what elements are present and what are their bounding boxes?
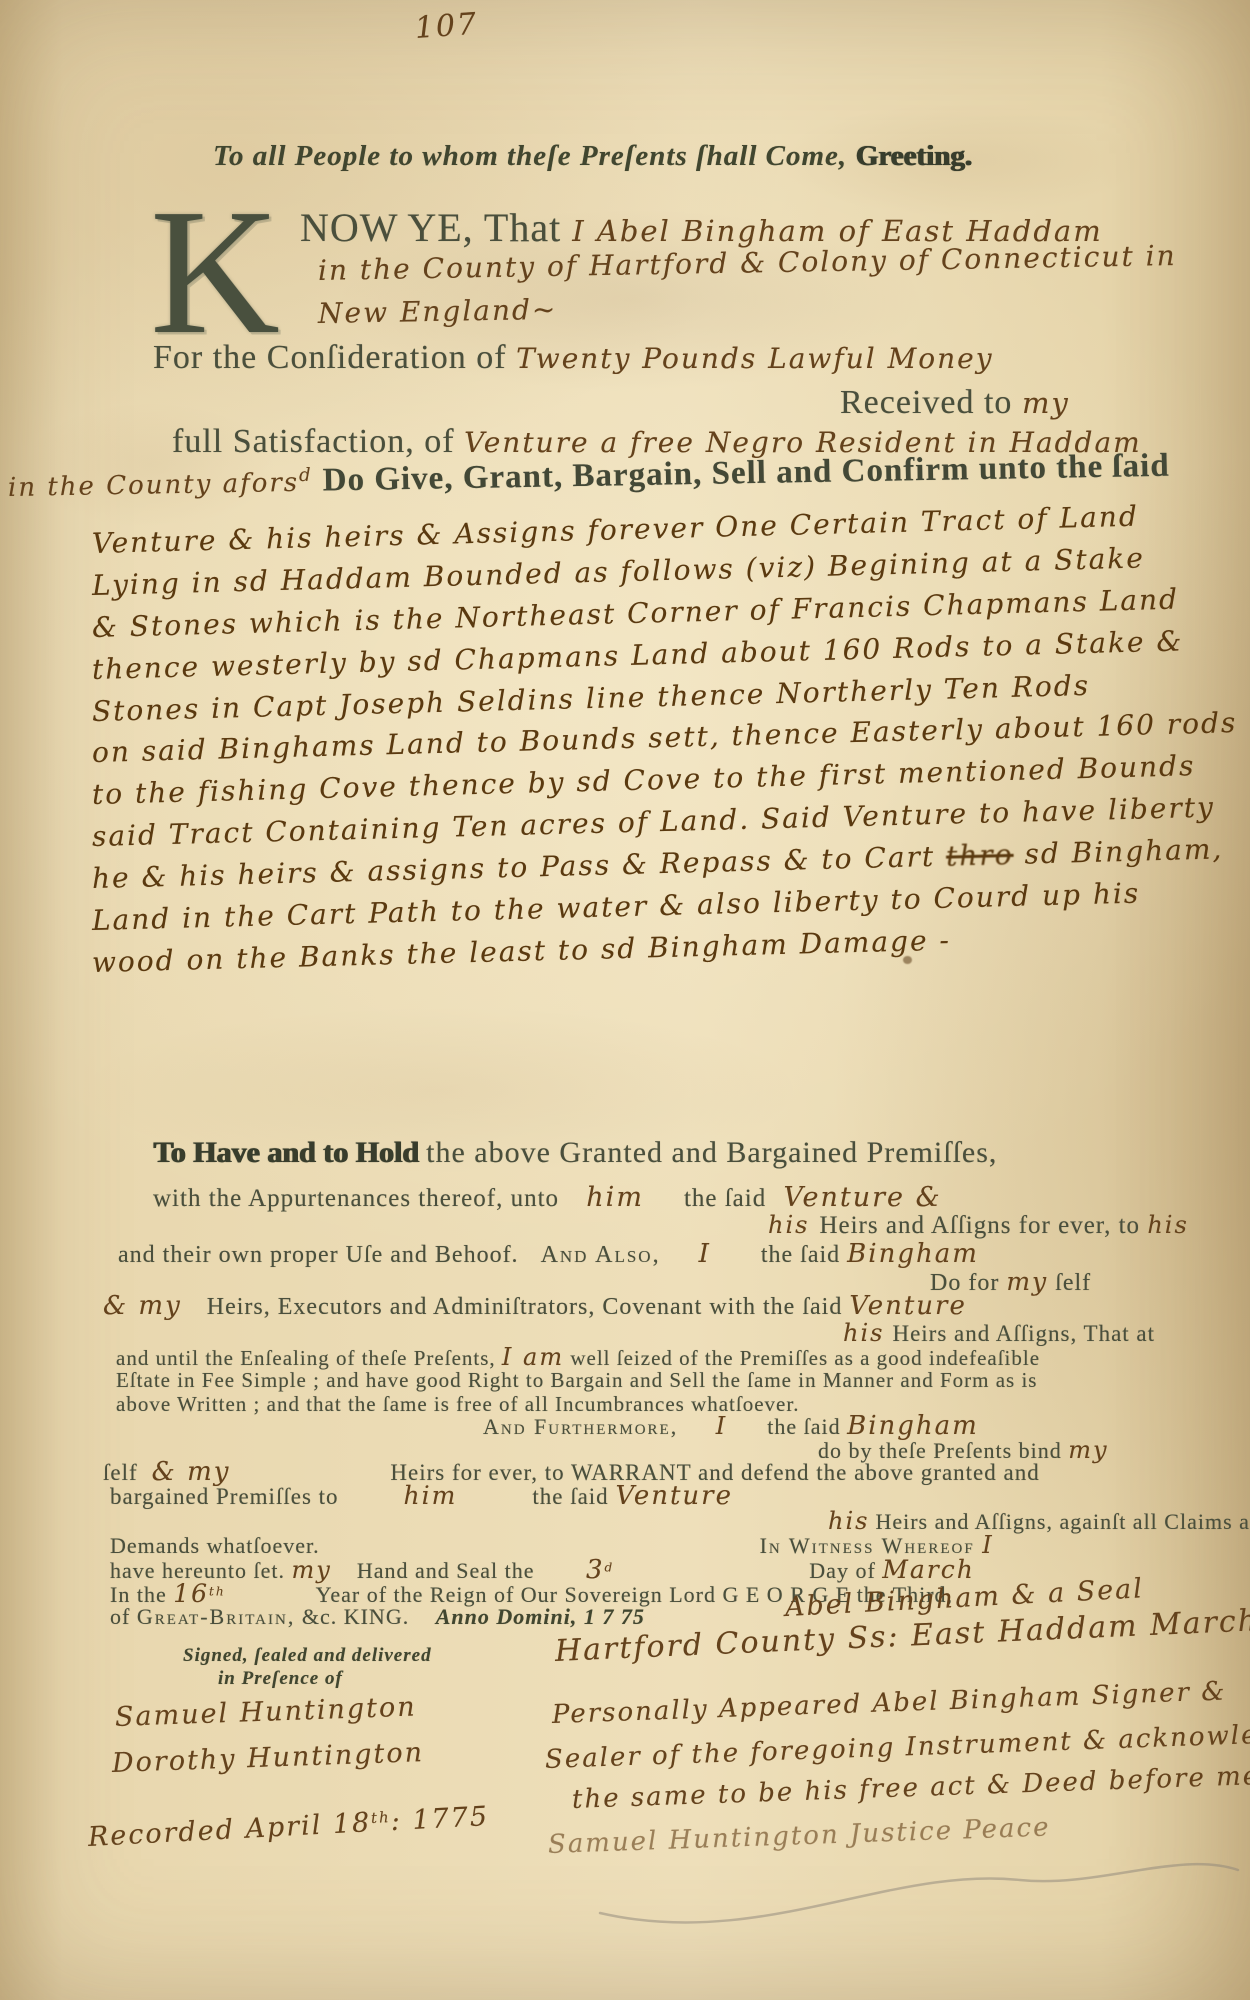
handwritten-text: in the County afors <box>8 468 300 503</box>
document-line: hisHeirs and Aſſigns for ever, to his <box>768 1212 1189 1241</box>
printed-text: Heirs and Aſſigns, That at <box>892 1321 1155 1346</box>
document-line: To Have and to Hold the above Granted an… <box>153 1136 997 1171</box>
handwritten-text: I <box>699 1239 711 1269</box>
printed-text: the ſaid <box>532 1484 615 1509</box>
printed-text: and until the Enſealing of theſe Preſent… <box>116 1346 502 1370</box>
document-line: Received to my <box>840 383 1070 422</box>
handwritten-text: Dorothy Huntington <box>111 1737 424 1779</box>
printed-text: the ſaid <box>684 1185 774 1212</box>
handwritten-text: Personally Appeared Abel Bingham Signer … <box>551 1676 1226 1730</box>
document-line: New England~ <box>318 294 558 331</box>
document-line: Personally Appeared Abel Bingham Signer … <box>551 1676 1226 1730</box>
document-line: with the Appurtenances thereof, unto him… <box>153 1182 942 1214</box>
blackletter-text: Greeting. <box>855 140 971 172</box>
handwritten-text: Recorded April 18 <box>87 1807 372 1853</box>
printed-text: and their own proper Uſe and Behoof. <box>118 1242 526 1268</box>
handwritten-text: Bingham <box>847 1239 979 1269</box>
blackletter-text: To Have and to Hold <box>153 1136 426 1169</box>
printed-text: well ſeized of the Premiſſes as a good i… <box>564 1346 1040 1370</box>
document-line: and their own proper Uſe and Behoof. And… <box>118 1240 979 1270</box>
printed-text: ſelf <box>1048 1270 1091 1296</box>
document-title: To all People to whom theſe Preſents ſha… <box>213 140 972 173</box>
printed-text: of <box>110 1604 137 1629</box>
handwritten-text: his <box>768 1211 809 1239</box>
document-line: in Preſence of <box>218 1668 343 1690</box>
document-line: of Great-Britain, &c. KING. Anno Domini,… <box>110 1604 645 1629</box>
handwritten-text: sd Bingham, <box>1013 832 1224 870</box>
handwritten-text: his <box>1147 1211 1188 1239</box>
printed-text-italic: Signed, ſealed and delivered <box>183 1645 432 1666</box>
printed-text: Received to <box>840 384 1022 421</box>
printed-text: Heirs, Executors and Adminiſtrators, Cov… <box>207 1294 850 1320</box>
printed-text: &c. KING. <box>295 1604 415 1629</box>
printed-smallcaps-text: Great-Britain, <box>137 1604 296 1629</box>
page-number: 107 <box>414 8 480 47</box>
printed-text: the ſaid <box>761 1242 847 1268</box>
deed-document-scan: 107 To all People to whom theſe Preſents… <box>0 0 1250 2000</box>
printed-text: the above Granted and Bargained Premiſſe… <box>426 1136 997 1169</box>
document-line: Signed, ſealed and delivered <box>183 1645 432 1667</box>
printed-text: NOW YE, That <box>300 205 572 250</box>
handwritten-text: New England~ <box>318 293 558 330</box>
handwritten-text: & my <box>103 1291 182 1321</box>
handwritten-text: I am <box>502 1343 564 1371</box>
handwritten-text: : 1775 <box>390 1801 490 1837</box>
printed-text: full Satisfaction, of <box>172 423 464 460</box>
handwritten-superscript: th <box>209 1584 226 1598</box>
printed-smallcaps-text: And Also, <box>541 1242 669 1268</box>
printed-text-italic: in Preſence of <box>218 1668 343 1689</box>
handwritten-superscript: d <box>605 1560 615 1574</box>
printed-smallcaps-text: And Furthermore, <box>483 1414 686 1439</box>
handwritten-text: Twenty Pounds Lawful Money <box>516 342 994 375</box>
handwritten-text: my <box>1006 1267 1048 1296</box>
handwritten-text: I <box>716 1412 727 1440</box>
pencil-mark <box>580 1828 1250 1958</box>
handwritten-text: I <box>982 1531 993 1559</box>
handwritten-text: my <box>1068 1436 1108 1464</box>
printed-text: For the Conſideration of <box>153 339 516 376</box>
handwritten-text: Venture & <box>783 1182 941 1213</box>
document-line: Eſtate in Fee Simple ; and have good Rig… <box>116 1368 1037 1392</box>
document-line: & myHeirs, Executors and Adminiſtrators,… <box>103 1292 967 1322</box>
handwritten-text: him <box>586 1182 644 1213</box>
handwritten-text: Venture <box>615 1481 733 1511</box>
witness-signature-dorothy-huntington: Dorothy Huntington <box>111 1737 424 1779</box>
handwritten-superscript: th <box>371 1808 391 1827</box>
printed-text-italic: Anno Domini, 1 7 75 <box>436 1604 645 1629</box>
handwritten-text: him <box>404 1481 458 1510</box>
printed-text: bargained Premiſſes to <box>110 1484 339 1509</box>
handwritten-text: Samuel Huntington <box>114 1691 417 1733</box>
handwritten-text: his <box>828 1507 869 1535</box>
printed-text: Heirs and Aſſigns, againſt all Claims an… <box>875 1509 1250 1534</box>
handwritten-text: Venture <box>849 1291 967 1321</box>
page-number-text: 107 <box>414 7 480 46</box>
handwritten-text: my <box>1022 386 1070 420</box>
printed-text: Heirs and Aſſigns for ever, to <box>819 1212 1147 1239</box>
printed-text-italic: To all People to whom theſe Preſents ſha… <box>213 140 855 172</box>
ink-spot <box>903 956 912 964</box>
handwritten-struck-text: thro <box>946 838 1014 873</box>
document-line: bargained Premiſſes tohimthe ſaid Ventur… <box>110 1482 733 1512</box>
printed-text: with the Appurtenances thereof, unto <box>153 1185 566 1212</box>
printed-text: the ſaid <box>767 1414 847 1439</box>
printed-text: Eſtate in Fee Simple ; and have good Rig… <box>116 1368 1037 1392</box>
handwritten-superscript: d <box>299 465 313 486</box>
recording-note: Recorded April 18th: 1775 <box>87 1801 490 1853</box>
document-line: For the Conſideration of Twenty Pounds L… <box>153 338 994 377</box>
handwritten-text: his <box>843 1319 884 1347</box>
printed-text: Demands whatſoever. <box>110 1533 320 1558</box>
witness-signature-samuel-huntington: Samuel Huntington <box>114 1691 417 1733</box>
